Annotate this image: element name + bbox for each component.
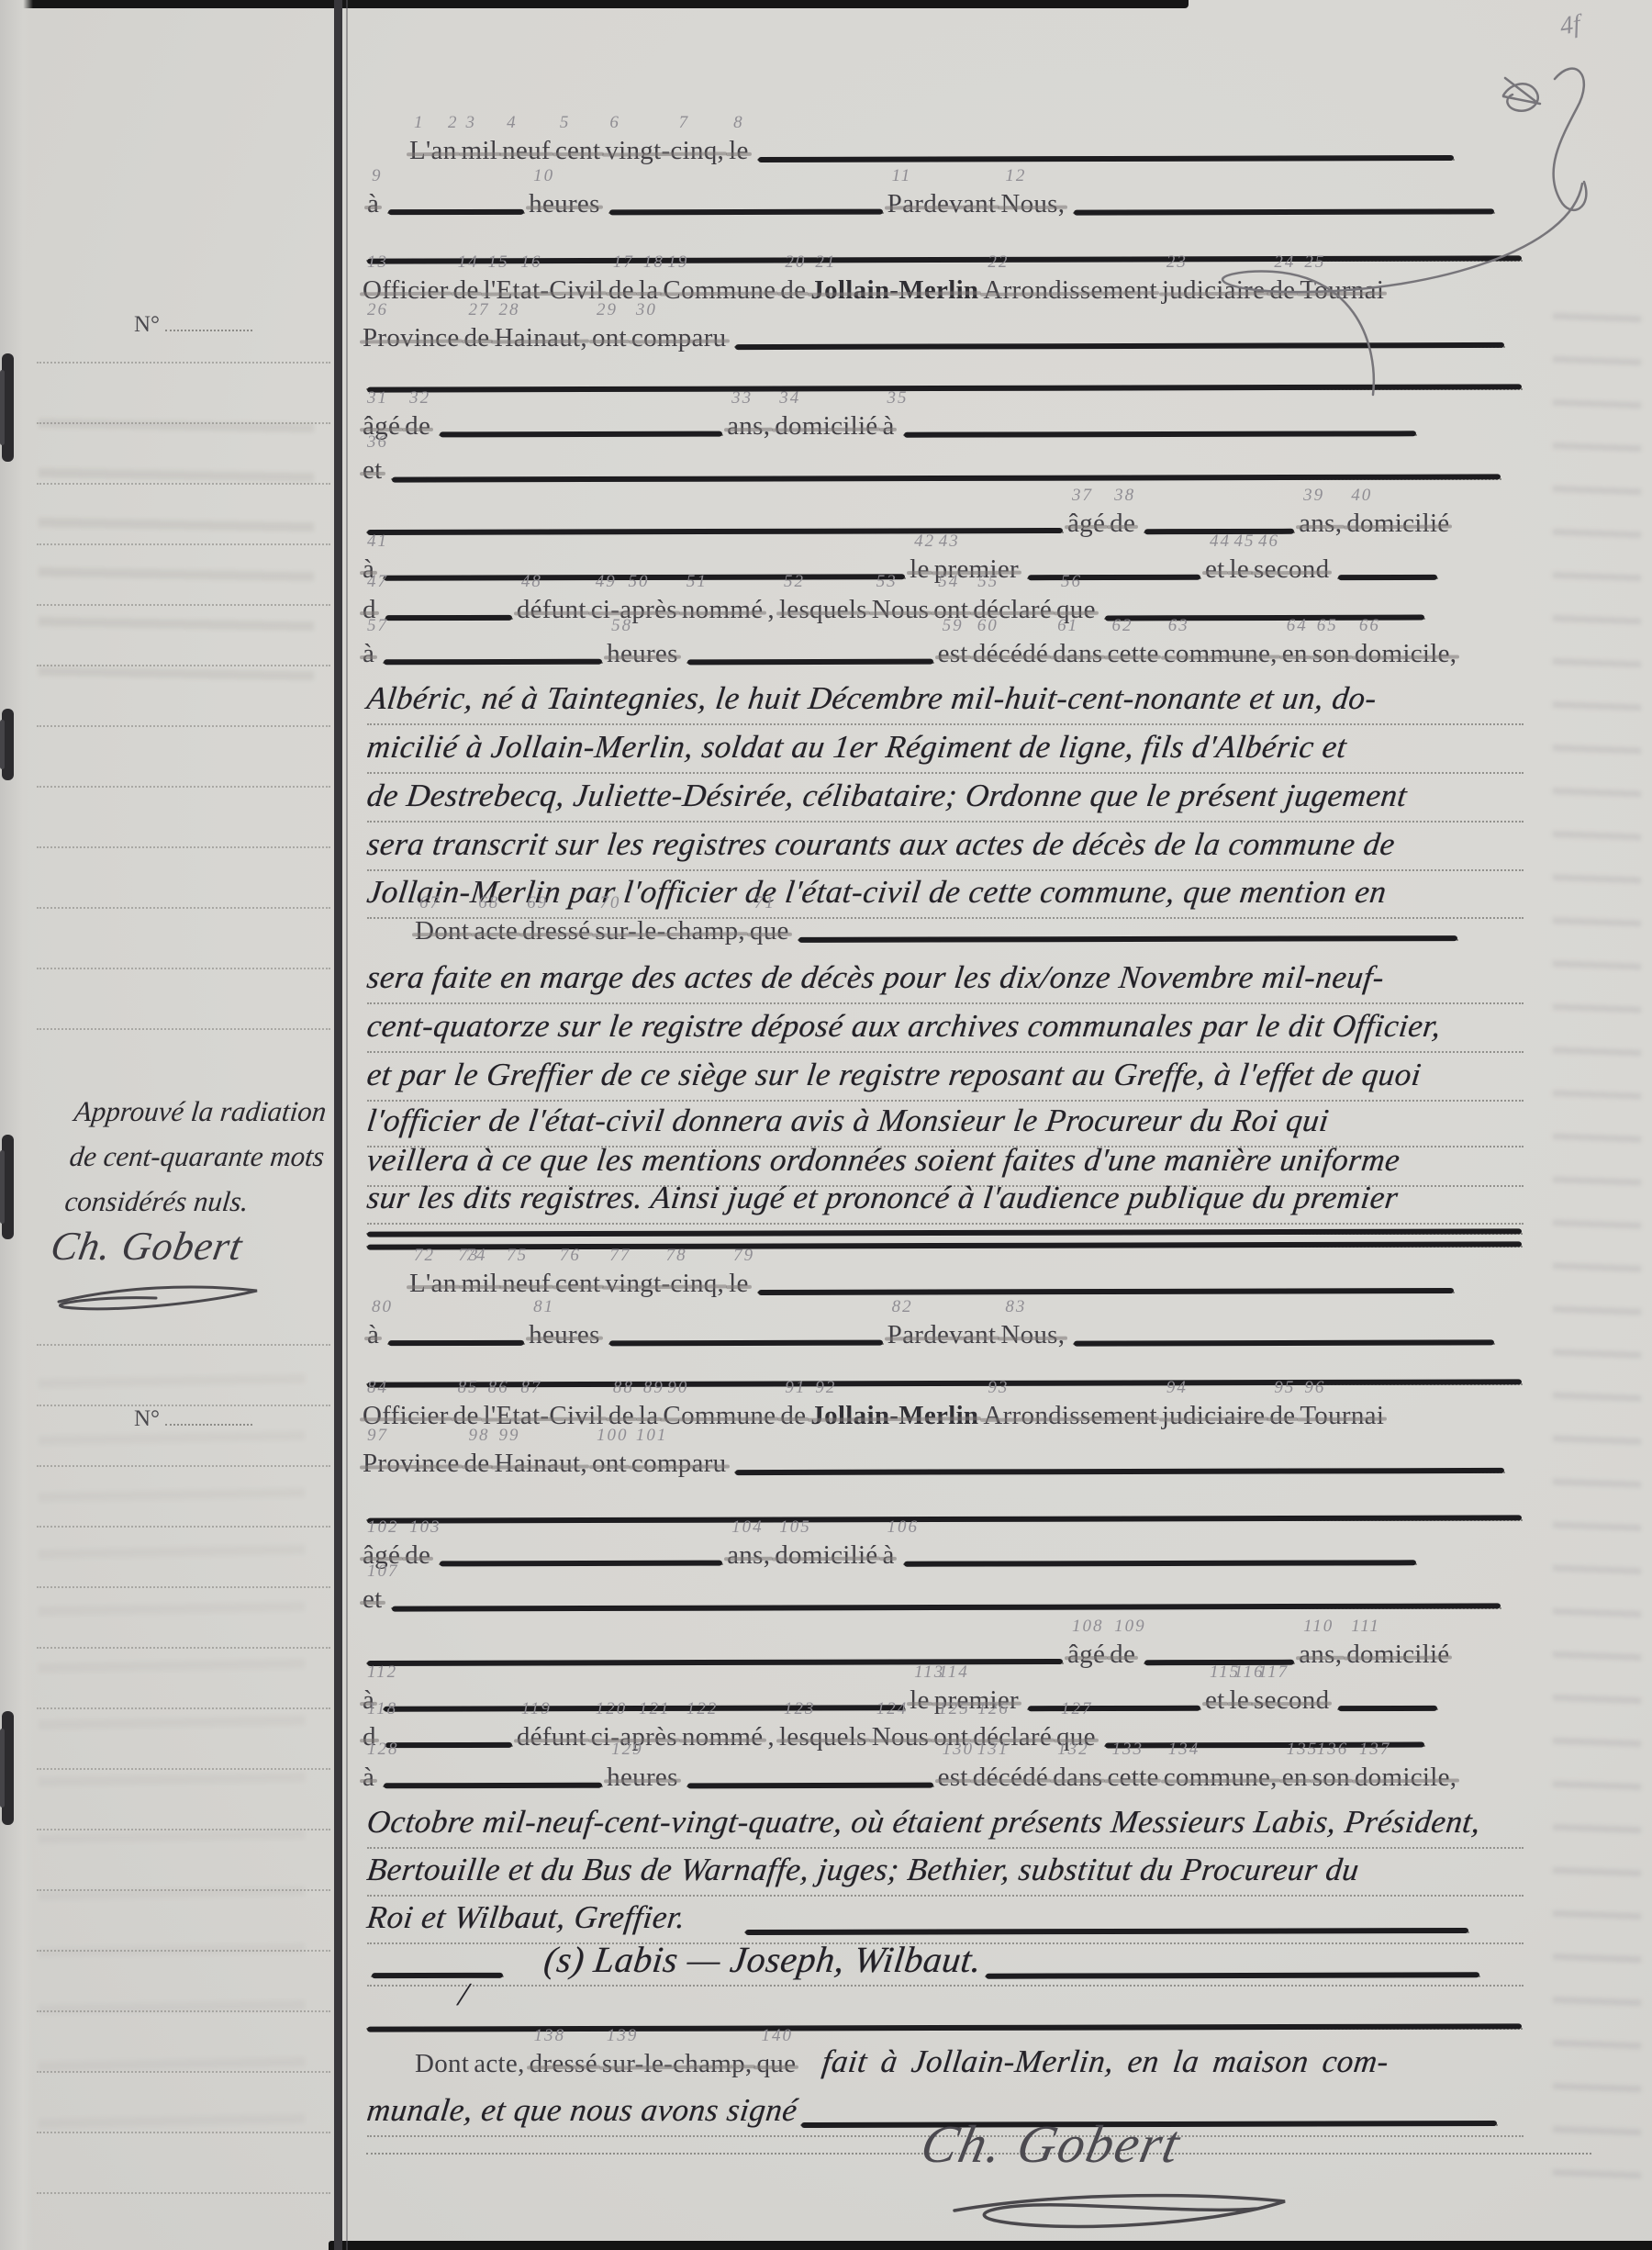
radiation-count-number: 86 87 xyxy=(488,1378,542,1398)
struck-printed-word: Arrondissement22 xyxy=(983,275,1156,306)
radiation-count-number: 112 xyxy=(367,1662,397,1683)
ink-strike xyxy=(687,659,933,666)
radiation-count-number: 120 121 xyxy=(596,1699,671,1719)
radiation-count-number: 39 xyxy=(1303,486,1324,506)
handwritten-line: Roi et Wilbaut, Greffier. xyxy=(367,1898,1524,1944)
struck-printed-word: Arrondissement93 xyxy=(983,1401,1156,1431)
struck-printed-word: à57 xyxy=(363,639,374,669)
separator-rule xyxy=(363,1234,1526,1247)
struck-printed-word: de24 xyxy=(1269,275,1295,306)
struck-printed-word: de38 xyxy=(1110,509,1135,539)
radiation-count-number: 10 xyxy=(533,166,554,186)
radiation-count-number: 99 xyxy=(498,1426,519,1446)
struck-fill-in-blank xyxy=(985,1966,1480,1977)
radiation-count-number: 75 xyxy=(507,1246,528,1266)
radiation-count-number: 62 xyxy=(1111,616,1133,636)
radiation-count-number: 12 xyxy=(1005,166,1026,186)
radiation-count-number: 134 xyxy=(1168,1740,1200,1760)
bleed-through-ghosting xyxy=(1553,294,1641,2212)
struck-printed-word: à128 xyxy=(363,1763,374,1793)
radiation-count-number: 25 xyxy=(1304,252,1325,273)
struck-printed-word: ans,33 xyxy=(727,411,770,442)
radiation-count-number: 130 xyxy=(943,1740,975,1760)
dotted-line xyxy=(165,317,252,331)
handwritten-line: sera transcrit sur les registres courant… xyxy=(367,825,1524,871)
struck-printed-word: heures58 xyxy=(607,639,678,669)
radiation-count-number: 21 xyxy=(815,252,836,273)
radiation-count-number: 32 xyxy=(409,388,430,409)
radiation-count-number: 67 xyxy=(419,893,441,913)
struck-printed-word: en135 xyxy=(1282,1763,1308,1793)
struck-printed-word: que71 xyxy=(750,916,789,946)
ink-strike xyxy=(904,431,1416,437)
printed-line-age-1: âgé31de32ans,33domicilié34à35 xyxy=(363,411,1421,452)
binding-mark xyxy=(2,1711,14,1825)
radiation-count-number: 89 xyxy=(643,1378,664,1398)
handwritten-line: micilié à Jollain-Merlin, soldat au 1er … xyxy=(367,728,1524,774)
radiation-count-number: 41 xyxy=(367,532,388,552)
ink-strike xyxy=(735,1468,1504,1475)
struck-fill-in-blank xyxy=(1027,568,1201,579)
handwritten-text: munale, et que nous avons signé xyxy=(364,2091,799,2130)
printed-line-decede-2: à128heures129est130décédé131dans132cette… xyxy=(363,1763,1461,1803)
ink-strike xyxy=(440,431,722,438)
radiation-count-number: 35 xyxy=(887,388,908,409)
struck-printed-word: de109 xyxy=(1110,1640,1135,1670)
handwritten-line: de Destrebecq, Juliette-Désirée, célibat… xyxy=(367,777,1524,823)
radiation-count-number: 13 xyxy=(367,252,388,273)
bleed-through-ghosting xyxy=(39,1331,305,2157)
margin-note-line: considérés nuls. xyxy=(62,1179,352,1224)
struck-printed-word: judiciaire94 xyxy=(1162,1401,1266,1431)
printed-line-defunt-1: d47défunt48ci-après49 50nommé51,lesquels… xyxy=(363,595,1429,635)
struck-printed-word: lesquels52 xyxy=(779,595,867,625)
struck-printed-word: nommé51 xyxy=(682,595,764,625)
margin-dotted-rule xyxy=(37,786,330,788)
radiation-count-number: 127 xyxy=(1061,1699,1093,1719)
handwritten-text: Roi et Wilbaut, Greffier. xyxy=(364,1898,687,1937)
radiation-count-number: 88 xyxy=(613,1378,634,1398)
radiation-count-number: 131 xyxy=(977,1740,1010,1760)
struck-printed-word: ont100 xyxy=(592,1449,627,1479)
struck-printed-word: commune,134 xyxy=(1164,1763,1278,1793)
struck-printed-word: domicilié111 xyxy=(1346,1640,1449,1670)
ink-strike xyxy=(745,1928,1468,1935)
handwritten-text: veillera à ce que les mentions ordonnées… xyxy=(364,1141,1401,1180)
signature-text: Ch. Gobert xyxy=(48,1224,247,1269)
struck-fill-in-blank xyxy=(385,1736,513,1747)
handwritten-text: Octobre mil-neuf-cent-vingt-quatre, où é… xyxy=(364,1803,1482,1841)
separator-rule xyxy=(363,1221,1526,1234)
radiation-count-number: 53 xyxy=(876,572,898,592)
radiation-count-number: 71 xyxy=(754,893,776,913)
struck-printed-word: cent5 xyxy=(555,136,601,166)
radiation-count-number: 74 xyxy=(466,1246,487,1266)
struck-printed-word: Jollain-Merlin92 xyxy=(810,1401,978,1431)
struck-printed-word: cent76 xyxy=(555,1269,601,1299)
radiation-count-number: 51 xyxy=(686,572,708,592)
radiation-count-number: 118 xyxy=(367,1699,397,1719)
spacer xyxy=(800,2068,813,2072)
printed-line-age2-2: âgé108de109ans,110domicilié111 xyxy=(363,1640,1454,1680)
handwritten-text: Jollain-Merlin par l'officier de l'état-… xyxy=(364,873,1389,912)
radiation-count-number: 31 xyxy=(367,388,388,409)
struck-printed-word: de27 xyxy=(464,323,490,353)
radiation-count-number: 129 xyxy=(611,1740,643,1760)
margin-signature-flourish xyxy=(46,1276,285,1331)
ink-strike xyxy=(392,1603,1501,1611)
radiation-count-number: 11 xyxy=(892,166,912,186)
radiation-count-number: 70 xyxy=(599,893,620,913)
bleed-through-ghosting xyxy=(39,395,314,716)
struck-printed-word: cette133 xyxy=(1107,1763,1158,1793)
handwritten-text: / xyxy=(456,1976,470,2014)
ink-strike xyxy=(372,1973,503,1978)
struck-printed-word: vingt-cinq,6 7 xyxy=(605,136,724,166)
struck-printed-word: ans,39 xyxy=(1299,509,1342,539)
struck-printed-word: Province97 xyxy=(363,1449,460,1479)
radiation-count-number: 22 xyxy=(988,252,1009,273)
radiation-count-number: 37 xyxy=(1072,486,1093,506)
struck-fill-in-blank xyxy=(385,609,513,620)
struck-fill-in-blank xyxy=(366,1237,1523,1248)
radiation-count-number: 49 50 xyxy=(596,572,650,592)
ink-strike xyxy=(388,1340,524,1346)
struck-fill-in-blank xyxy=(1337,568,1438,579)
struck-fill-in-blank xyxy=(1337,1699,1438,1710)
printed-line-year-1: L'an1 2mil3neuf4cent5vingt-cinq,6 7le8 xyxy=(409,136,1458,176)
radiation-count-number: 15 16 xyxy=(488,252,542,273)
struck-fill-in-blank xyxy=(903,425,1417,436)
struck-printed-word: acte68 xyxy=(474,916,518,946)
radiation-count-number: 46 xyxy=(1258,532,1279,552)
margin-number-label-1: N° xyxy=(134,312,252,338)
struck-printed-word: L'an1 2 xyxy=(409,136,457,166)
ink-strike xyxy=(385,615,512,621)
handwritten-text: sur les dits registres. Ainsi jugé et pr… xyxy=(364,1179,1400,1217)
scanned-register-page: N° N° Approuvé la radiationde cent-quara… xyxy=(0,0,1652,2250)
radiation-count-number: 5 xyxy=(560,113,571,133)
radiation-count-number: 95 xyxy=(1274,1378,1295,1398)
struck-fill-in-blank xyxy=(439,425,723,436)
struck-fill-in-blank xyxy=(608,203,884,214)
printed-word: , xyxy=(767,1722,775,1752)
handwritten-text: Bertouille et du Bus de Warnaffe, juges;… xyxy=(364,1851,1361,1889)
radiation-count-number: 48 xyxy=(521,572,542,592)
struck-printed-word: âgé37 xyxy=(1067,509,1105,539)
radiation-count-number: 38 xyxy=(1114,486,1135,506)
struck-printed-word: et44 xyxy=(1205,554,1225,585)
ink-strike xyxy=(609,209,883,216)
struck-printed-word: cette62 xyxy=(1107,639,1158,669)
radiation-count-number: 114 xyxy=(939,1662,969,1683)
radiation-count-number: 102 xyxy=(367,1517,399,1538)
printed-word: acte, xyxy=(474,2049,524,2079)
struck-printed-word: de103 xyxy=(405,1540,430,1571)
ink-strike xyxy=(1338,575,1437,580)
struck-printed-word: et36 xyxy=(363,455,383,486)
struck-printed-word: décédé60 xyxy=(973,639,1048,669)
margin-approval-signature: Ch. Gobert xyxy=(48,1223,247,1270)
radiation-count-number: 47 xyxy=(367,572,388,592)
struck-printed-word: neuf4 xyxy=(502,136,551,166)
radiation-count-number: 44 xyxy=(1210,532,1231,552)
printed-word: , xyxy=(767,595,775,625)
handwritten-line: Octobre mil-neuf-cent-vingt-quatre, où é… xyxy=(367,1803,1524,1849)
struck-printed-word: son65 xyxy=(1312,639,1350,669)
printed-word: Dont xyxy=(415,2049,469,2079)
radiation-count-number: 24 xyxy=(1274,252,1295,273)
radiation-count-number: 8 xyxy=(733,113,744,133)
struck-fill-in-blank xyxy=(744,1922,1469,1933)
radiation-count-number: 79 xyxy=(733,1246,754,1266)
binding-mark xyxy=(2,1135,14,1239)
printed-line-hour-2: à80heures81Pardevant82Nous,83 xyxy=(367,1320,1499,1360)
radiation-count-number: 77 78 xyxy=(609,1246,686,1266)
radiation-count-number: 132 xyxy=(1057,1740,1089,1760)
struck-printed-word: domicile,137 xyxy=(1355,1763,1457,1793)
radiation-count-number: 98 xyxy=(469,1426,490,1446)
radiation-count-number: 97 xyxy=(367,1426,388,1446)
struck-printed-word: Dont67 xyxy=(415,916,469,946)
radiation-count-number: 140 xyxy=(761,2026,793,2046)
radiation-count-number: 107 xyxy=(367,1562,399,1582)
radiation-count-number: 110 xyxy=(1303,1617,1334,1637)
radiation-count-number: 91 xyxy=(785,1378,806,1398)
radiation-count-number: 80 xyxy=(372,1297,393,1317)
margin-dotted-rule xyxy=(37,907,330,909)
struck-fill-in-blank xyxy=(383,1776,603,1787)
radiation-count-number: 76 xyxy=(560,1246,581,1266)
radiation-count-number: 101 xyxy=(636,1426,668,1446)
struck-printed-word: décédé131 xyxy=(973,1763,1048,1793)
struck-fill-in-blank xyxy=(734,1462,1505,1473)
radiation-count-number: 104 xyxy=(731,1517,764,1538)
ink-strike xyxy=(1028,575,1200,580)
spacer xyxy=(508,1968,544,1972)
radiation-count-number: 56 xyxy=(1061,572,1082,592)
struck-printed-word: Commune19 xyxy=(663,275,776,306)
radiation-count-number: 108 xyxy=(1072,1617,1104,1637)
printed-line-province-2: Province97de98Hainaut,99ont100comparu101 xyxy=(363,1449,1509,1489)
signature-text: Ch. Gobert xyxy=(916,2114,1187,2174)
printed-line-hour-1: à9heures10Pardevant11Nous,12 xyxy=(367,189,1499,229)
radiation-count-number: 9 xyxy=(372,166,383,186)
struck-fill-in-blank xyxy=(371,1966,504,1977)
handwritten-text: Albéric, né à Taintegnies, le huit Décem… xyxy=(364,679,1379,718)
struck-printed-word: domicilié34 xyxy=(775,411,877,442)
radiation-count-number: 138 xyxy=(534,2026,566,2046)
ink-strike xyxy=(758,1288,1454,1295)
struck-printed-word: mil3 xyxy=(462,136,498,166)
struck-printed-word: vingt-cinq,77 78 xyxy=(605,1269,724,1299)
handwritten-text: fait à Jollain-Merlin, en la maison com- xyxy=(820,2043,1391,2080)
struck-printed-word: Nous,12 xyxy=(1000,189,1065,219)
struck-fill-in-blank xyxy=(366,1510,1523,1521)
radiation-count-number: 4 xyxy=(507,113,518,133)
ink-strike xyxy=(1074,208,1494,215)
printed-line-age2-1: âgé37de38ans,39domicilié40 xyxy=(363,509,1454,549)
radiation-count-number: 57 xyxy=(367,616,388,636)
radiation-count-number: 14 xyxy=(458,252,479,273)
struck-fill-in-blank xyxy=(439,1554,723,1565)
struck-fill-in-blank xyxy=(387,1334,525,1345)
struck-printed-word: neuf75 xyxy=(502,1269,551,1299)
radiation-count-number: 124 xyxy=(876,1699,909,1719)
printed-line-defunt-2: d118défunt119ci-après120 121nommé122,les… xyxy=(363,1722,1429,1763)
scan-edge-top xyxy=(0,0,1189,8)
struck-printed-word: dressé138 xyxy=(530,2049,597,2079)
radiation-count-number: 126 xyxy=(977,1699,1010,1719)
margin-dotted-rule xyxy=(37,362,330,364)
struck-printed-word: Tournai96 xyxy=(1300,1401,1384,1431)
radiation-count-number: 100 xyxy=(597,1426,629,1446)
radiation-count-number: 93 xyxy=(988,1378,1009,1398)
struck-printed-word: le42 xyxy=(910,554,930,585)
ink-strike xyxy=(440,1561,722,1567)
struck-printed-word: est59 xyxy=(938,639,968,669)
handwritten-text: (s) Labis — Joseph, Wilbaut. xyxy=(541,1941,983,1979)
struck-printed-word: défunt48 xyxy=(517,595,586,625)
struck-fill-in-blank xyxy=(686,653,934,664)
struck-printed-word: judiciaire23 xyxy=(1162,275,1266,306)
struck-printed-word: ont29 xyxy=(592,323,627,353)
struck-printed-word: à80 xyxy=(367,1320,379,1350)
radiation-count-number: 65 xyxy=(1317,616,1338,636)
struck-printed-word: sur-le-champ,70 xyxy=(595,916,745,946)
handwritten-text: de Destrebecq, Juliette-Désirée, célibat… xyxy=(364,777,1409,815)
ink-strike xyxy=(367,384,1522,392)
struck-printed-word: ans,110 xyxy=(1299,1640,1342,1670)
radiation-count-number: 122 xyxy=(686,1699,719,1719)
handwritten-text: l'officier de l'état-civil donnera avis … xyxy=(364,1102,1331,1140)
struck-fill-in-blank xyxy=(1073,203,1495,214)
struck-printed-word: de98 xyxy=(464,1449,490,1479)
struck-printed-word: dans61 xyxy=(1053,639,1102,669)
struck-printed-word: Nous,83 xyxy=(1000,1320,1065,1350)
radiation-count-number: 105 xyxy=(779,1517,811,1538)
struck-printed-word: de95 xyxy=(1269,1401,1295,1431)
struck-printed-word: le45 xyxy=(1230,554,1250,585)
ruled-blank-line xyxy=(363,1507,1526,1520)
struck-printed-word: défunt119 xyxy=(517,1722,586,1752)
handwritten-line: sur les dits registres. Ainsi jugé et pr… xyxy=(367,1179,1524,1225)
radiation-count-number: 103 xyxy=(409,1517,441,1538)
radiation-count-number: 137 xyxy=(1359,1740,1391,1760)
radiation-count-number: 84 xyxy=(367,1378,388,1398)
radiation-count-number: 6 7 xyxy=(609,113,689,133)
margin-number-label-2: N° xyxy=(134,1406,252,1432)
struck-printed-word: à106 xyxy=(882,1540,894,1571)
dotted-line xyxy=(165,1411,252,1426)
struck-fill-in-blank xyxy=(391,1598,1501,1609)
printed-line-decede-1: à57heures58est59décédé60dans61cette62com… xyxy=(363,639,1461,679)
struck-printed-word: de32 xyxy=(405,411,430,442)
radiation-count-number: 19 xyxy=(667,252,688,273)
struck-printed-word: second46 xyxy=(1254,554,1329,585)
struck-printed-word: le116 xyxy=(1230,1685,1250,1716)
struck-fill-in-blank xyxy=(1073,1334,1495,1345)
struck-printed-word: le79 xyxy=(729,1269,749,1299)
struck-printed-word: ci-après49 50 xyxy=(591,595,677,625)
margin-approval-note: Approuvé la radiationde cent-quarante mo… xyxy=(62,1089,361,1224)
struck-printed-word: à35 xyxy=(882,411,894,442)
struck-fill-in-blank xyxy=(383,653,603,664)
ink-strike xyxy=(758,155,1454,162)
struck-printed-word: mil74 xyxy=(462,1269,498,1299)
radiation-count-number: 85 xyxy=(458,1378,479,1398)
struck-fill-in-blank xyxy=(387,203,525,214)
radiation-count-number: 90 xyxy=(667,1378,688,1398)
radiation-count-number: 82 xyxy=(892,1297,913,1317)
handwritten-text: sera faite en marge des actes de décès p… xyxy=(364,958,1386,997)
struck-fill-in-blank xyxy=(757,150,1455,161)
ink-strike xyxy=(1338,1706,1437,1711)
ink-strike xyxy=(367,1515,1522,1523)
margin-note-line: de cent-quarante mots xyxy=(67,1134,356,1179)
radiation-count-number: 123 xyxy=(784,1699,816,1719)
radiation-count-number: 94 xyxy=(1166,1378,1188,1398)
radiation-count-number: 135 xyxy=(1287,1740,1319,1760)
handwritten-text: cent-quatorze sur le registre déposé aux… xyxy=(364,1007,1443,1046)
ink-strike xyxy=(367,1241,1522,1249)
printed-line-province-1: Province26de27Hainaut,28ont29comparu30 xyxy=(363,323,1509,364)
struck-printed-word: et115 xyxy=(1205,1685,1225,1716)
radiation-count-number: 125 xyxy=(938,1699,970,1719)
struck-printed-word: nommé122 xyxy=(682,1722,764,1752)
struck-printed-word: comparu101 xyxy=(631,1449,727,1479)
ink-strike xyxy=(904,1560,1416,1566)
ink-strike xyxy=(1074,1339,1494,1346)
struck-printed-word: sur-le-champ,139 xyxy=(602,2049,753,2079)
handwritten-slash-mark: / xyxy=(459,1976,468,2020)
radiation-count-number: 54 xyxy=(938,572,959,592)
handwritten-line: sera faite en marge des actes de décès p… xyxy=(367,958,1524,1004)
struck-fill-in-blank xyxy=(391,469,1501,480)
handwritten-text: micilié à Jollain-Merlin, soldat au 1er … xyxy=(364,728,1348,767)
ink-strike xyxy=(384,1783,602,1789)
struck-printed-word: Nous124 xyxy=(872,1722,929,1752)
margin-dotted-rule xyxy=(37,1028,330,1030)
struck-printed-word: âgé108 xyxy=(1067,1640,1105,1670)
struck-printed-word: et107 xyxy=(363,1584,383,1615)
radiation-count-number: 17 xyxy=(613,252,634,273)
radiation-count-number: 30 xyxy=(636,300,657,320)
struck-fill-in-blank xyxy=(1027,1699,1201,1710)
scan-edge-bottom xyxy=(329,2241,1652,2250)
radiation-count-number: 42 xyxy=(914,532,935,552)
struck-fill-in-blank xyxy=(734,337,1505,348)
struck-printed-word: est130 xyxy=(938,1763,968,1793)
corner-page-mark: 4f xyxy=(1558,10,1582,42)
struck-printed-word: Jollain-Merlin21 xyxy=(810,275,978,306)
ink-strike xyxy=(986,1972,1479,1978)
struck-printed-word: le8 xyxy=(729,136,749,166)
handwritten-line: cent-quatorze sur le registre déposé aux… xyxy=(367,1007,1524,1053)
handwritten-line: et par le Greffier de ce siège sur le re… xyxy=(367,1056,1524,1102)
struck-printed-word: heures81 xyxy=(529,1320,600,1350)
margin-note-line: Approuvé la radiation xyxy=(73,1089,362,1134)
handwritten-line: Albéric, né à Taintegnies, le huit Décem… xyxy=(367,679,1524,725)
ink-strike xyxy=(392,474,1501,482)
radiation-count-number: 109 xyxy=(1114,1617,1146,1637)
struck-fill-in-blank xyxy=(903,1554,1417,1565)
struck-fill-in-blank xyxy=(798,930,1458,941)
no-label-text: N° xyxy=(134,312,160,337)
margin-dotted-rule xyxy=(37,725,330,727)
struck-printed-word: commune,63 xyxy=(1164,639,1278,669)
struck-printed-word: lesquels123 xyxy=(779,1722,867,1752)
